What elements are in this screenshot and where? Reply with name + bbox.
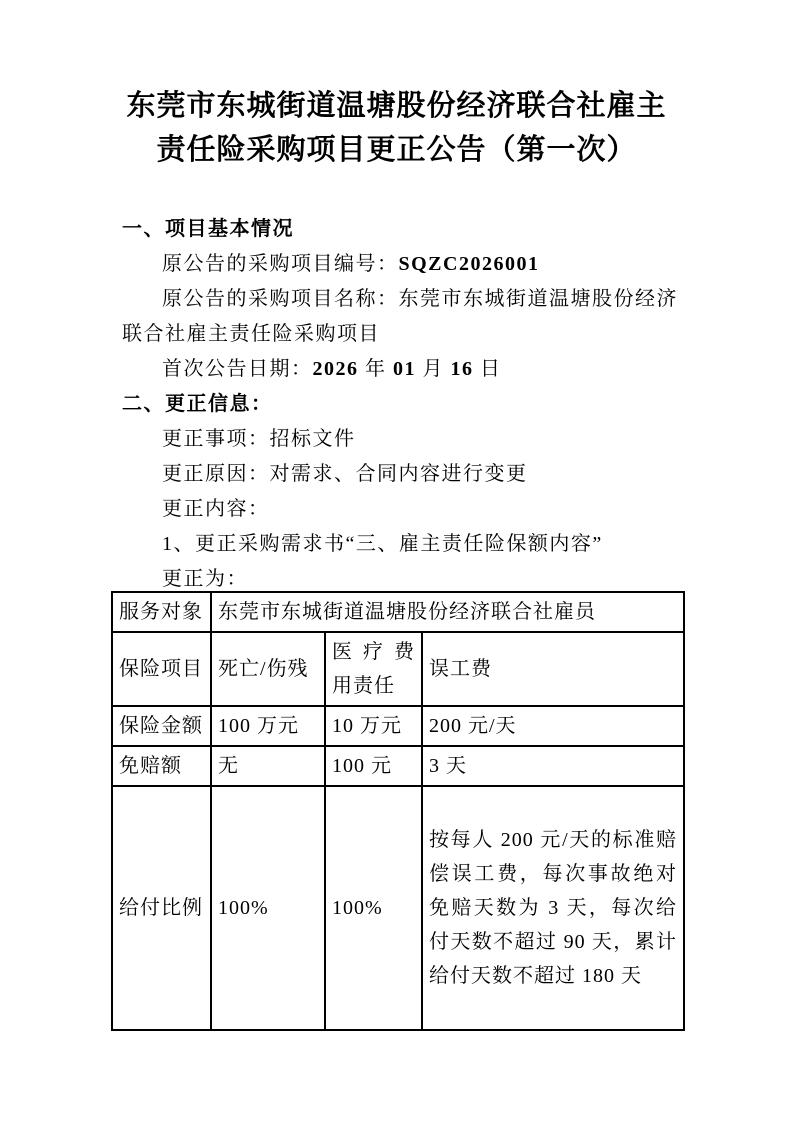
cell-payout-ratio-medical: 100% — [325, 786, 422, 1030]
cell-insured-amount-label: 保险金额 — [112, 706, 211, 746]
paragraph-project-number: 原公告的采购项目编号：SQZC2026001 — [122, 247, 683, 282]
cell-item-medical-expense: 医疗费用责任 — [325, 632, 422, 706]
paragraph-correction-content: 更正内容： — [122, 492, 683, 527]
table-row-insured-amount: 保险金额 100 万元 10 万元 200 元/天 — [112, 706, 684, 746]
cell-deductible-lost-workdays: 3 天 — [422, 746, 684, 786]
cell-payout-ratio-label: 给付比例 — [112, 786, 211, 1030]
cell-item-death-disability: 死亡/伤残 — [211, 632, 325, 706]
table-row-service-target: 服务对象 东莞市东城街道温塘股份经济联合社雇员 — [112, 592, 684, 632]
table-row-payout-ratio: 给付比例 100% 100% 按每人 200 元/天的标准赔偿误工费，每次事故绝… — [112, 786, 684, 1030]
document-title-line2: 责任险采购项目更正公告（第一次） — [0, 128, 793, 172]
section-heading-basic-info: 一、项目基本情况 — [122, 212, 683, 247]
document-body: 一、项目基本情况 原公告的采购项目编号：SQZC2026001 原公告的采购项目… — [0, 212, 793, 597]
table-row-deductible: 免赔额 无 100 元 3 天 — [112, 746, 684, 786]
document-title-line1: 东莞市东城街道温塘股份经济联合社雇主 — [0, 84, 793, 128]
cell-item-lost-workdays: 误工费 — [422, 632, 684, 706]
document-page: 东莞市东城街道温塘股份经济联合社雇主 责任险采购项目更正公告（第一次） 一、项目… — [0, 0, 793, 1122]
paragraph-first-announcement-date: 首次公告日期：2026 年 01 月 16 日 — [122, 352, 683, 387]
document-title: 东莞市东城街道温塘股份经济联合社雇主 责任险采购项目更正公告（第一次） — [0, 84, 793, 172]
paragraph-correction-item: 更正事项：招标文件 — [122, 422, 683, 457]
cell-insured-amount-lost-workdays: 200 元/天 — [422, 706, 684, 746]
table-row-insurance-items: 保险项目 死亡/伤残 医疗费用责任 误工费 — [112, 632, 684, 706]
paragraph-correction-detail: 1、更正采购需求书“三、雇主责任险保额内容” — [122, 527, 683, 562]
cell-deductible-medical: 100 元 — [325, 746, 422, 786]
insurance-coverage-table: 服务对象 东莞市东城街道温塘股份经济联合社雇员 保险项目 死亡/伤残 医疗费用责… — [111, 591, 685, 1031]
paragraph-project-name: 原公告的采购项目名称：东莞市东城街道温塘股份经济联合社雇主责任险采购项目 — [122, 282, 683, 352]
cell-payout-ratio-lost-workdays: 按每人 200 元/天的标准赔偿误工费，每次事故绝对免赔天数为 3 天，每次给付… — [422, 786, 684, 1030]
cell-deductible-label: 免赔额 — [112, 746, 211, 786]
cell-insured-amount-medical: 10 万元 — [325, 706, 422, 746]
paragraph-correction-reason: 更正原因：对需求、合同内容进行变更 — [122, 457, 683, 492]
section-heading-correction-info: 二、更正信息： — [122, 387, 683, 422]
cell-payout-ratio-death: 100% — [211, 786, 325, 1030]
cell-service-target-value: 东莞市东城街道温塘股份经济联合社雇员 — [211, 592, 684, 632]
cell-service-target-label: 服务对象 — [112, 592, 211, 632]
cell-insured-amount-death: 100 万元 — [211, 706, 325, 746]
insurance-table-wrapper: 服务对象 东莞市东城街道温塘股份经济联合社雇员 保险项目 死亡/伤残 医疗费用责… — [0, 591, 793, 1031]
cell-deductible-death: 无 — [211, 746, 325, 786]
cell-insurance-items-label: 保险项目 — [112, 632, 211, 706]
